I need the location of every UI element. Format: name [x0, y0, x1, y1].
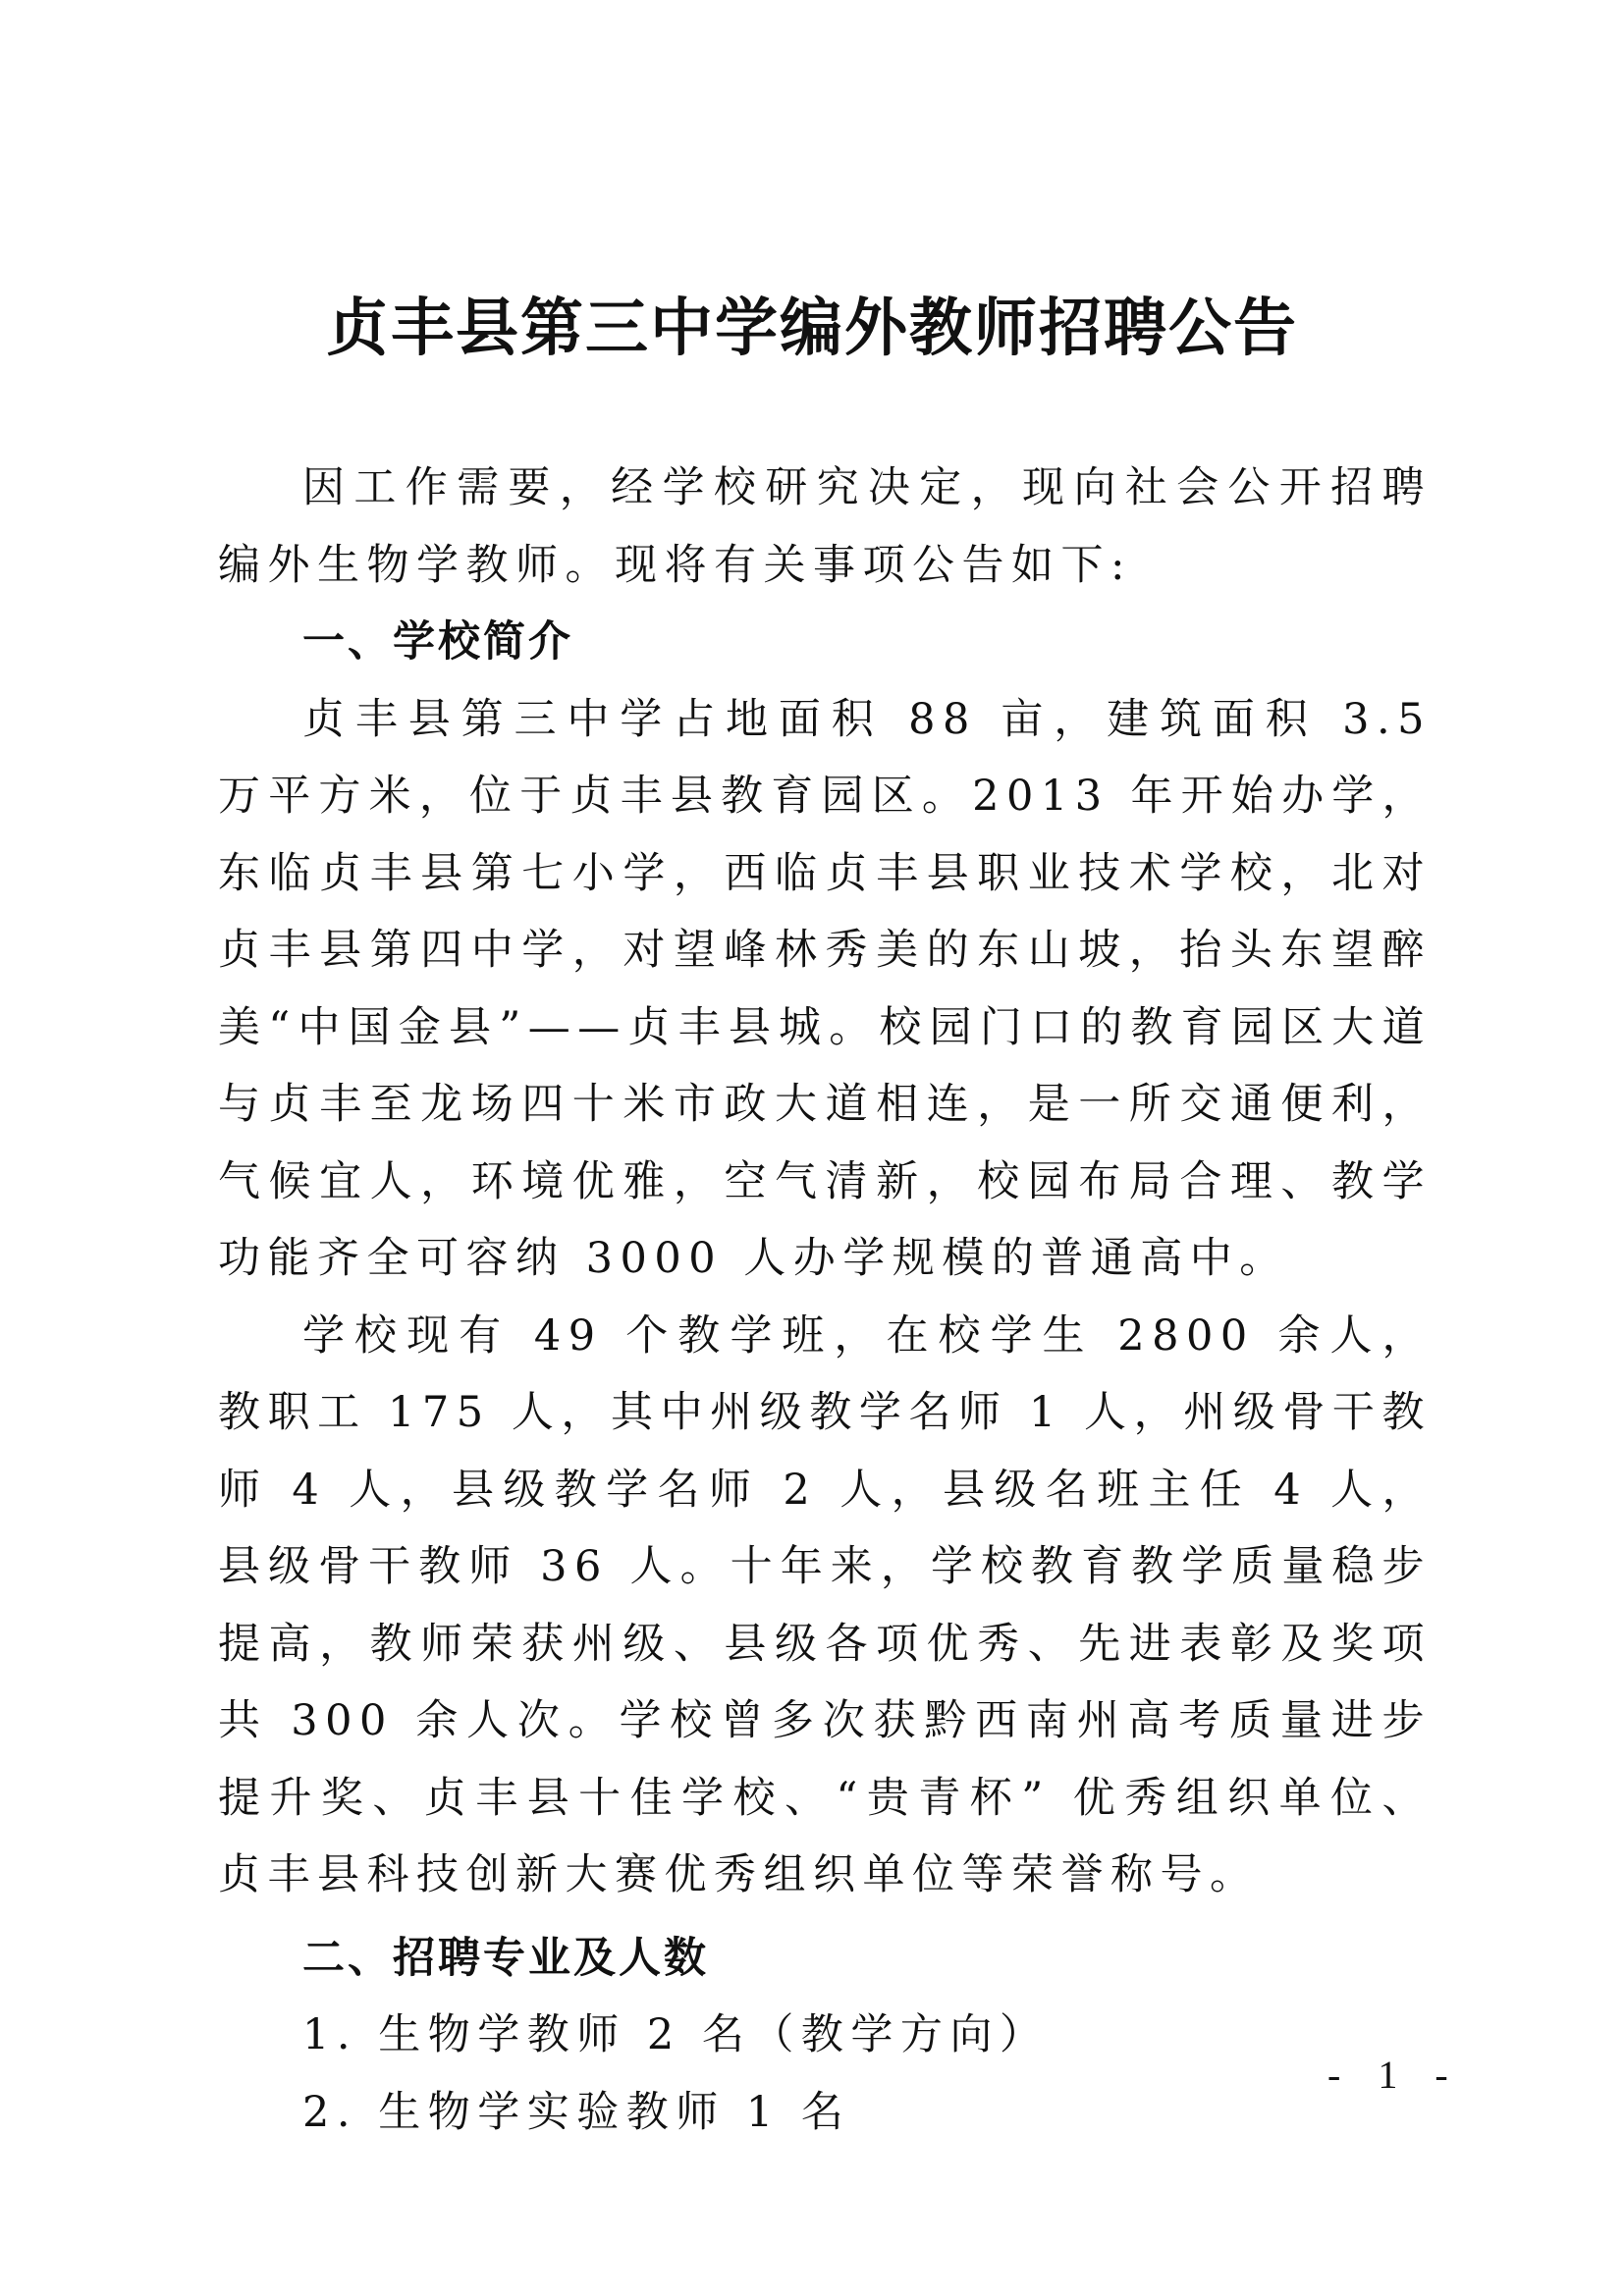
position-item-2: 2. 生物学实验教师 1 名: [218, 2074, 1432, 2152]
school-intro-paragraph-2: 学校现有 49 个教学班，在校学生 2800 余人，教职工 175 人，其中州级…: [218, 1298, 1432, 1914]
page-number: - 1 -: [1327, 2052, 1462, 2098]
document-body: 因工作需要，经学校研究决定，现向社会公开招聘编外生物学教师。现将有关事项公告如下…: [218, 450, 1432, 2151]
section-heading-school-intro: 一、学校简介: [218, 604, 1432, 681]
document-page: 贞丰县第三中学编外教师招聘公告 因工作需要，经学校研究决定，现向社会公开招聘编外…: [0, 0, 1624, 2296]
position-item-1: 1. 生物学教师 2 名（教学方向）: [218, 1997, 1432, 2074]
section-heading-positions: 二、招聘专业及人数: [218, 1920, 1432, 1998]
document-title: 贞丰县第三中学编外教师招聘公告: [0, 285, 1624, 373]
intro-paragraph: 因工作需要，经学校研究决定，现向社会公开招聘编外生物学教师。现将有关事项公告如下…: [218, 450, 1432, 604]
school-intro-paragraph-1: 贞丰县第三中学占地面积 88 亩，建筑面积 3.5 万平方米，位于贞丰县教育园区…: [218, 681, 1432, 1298]
